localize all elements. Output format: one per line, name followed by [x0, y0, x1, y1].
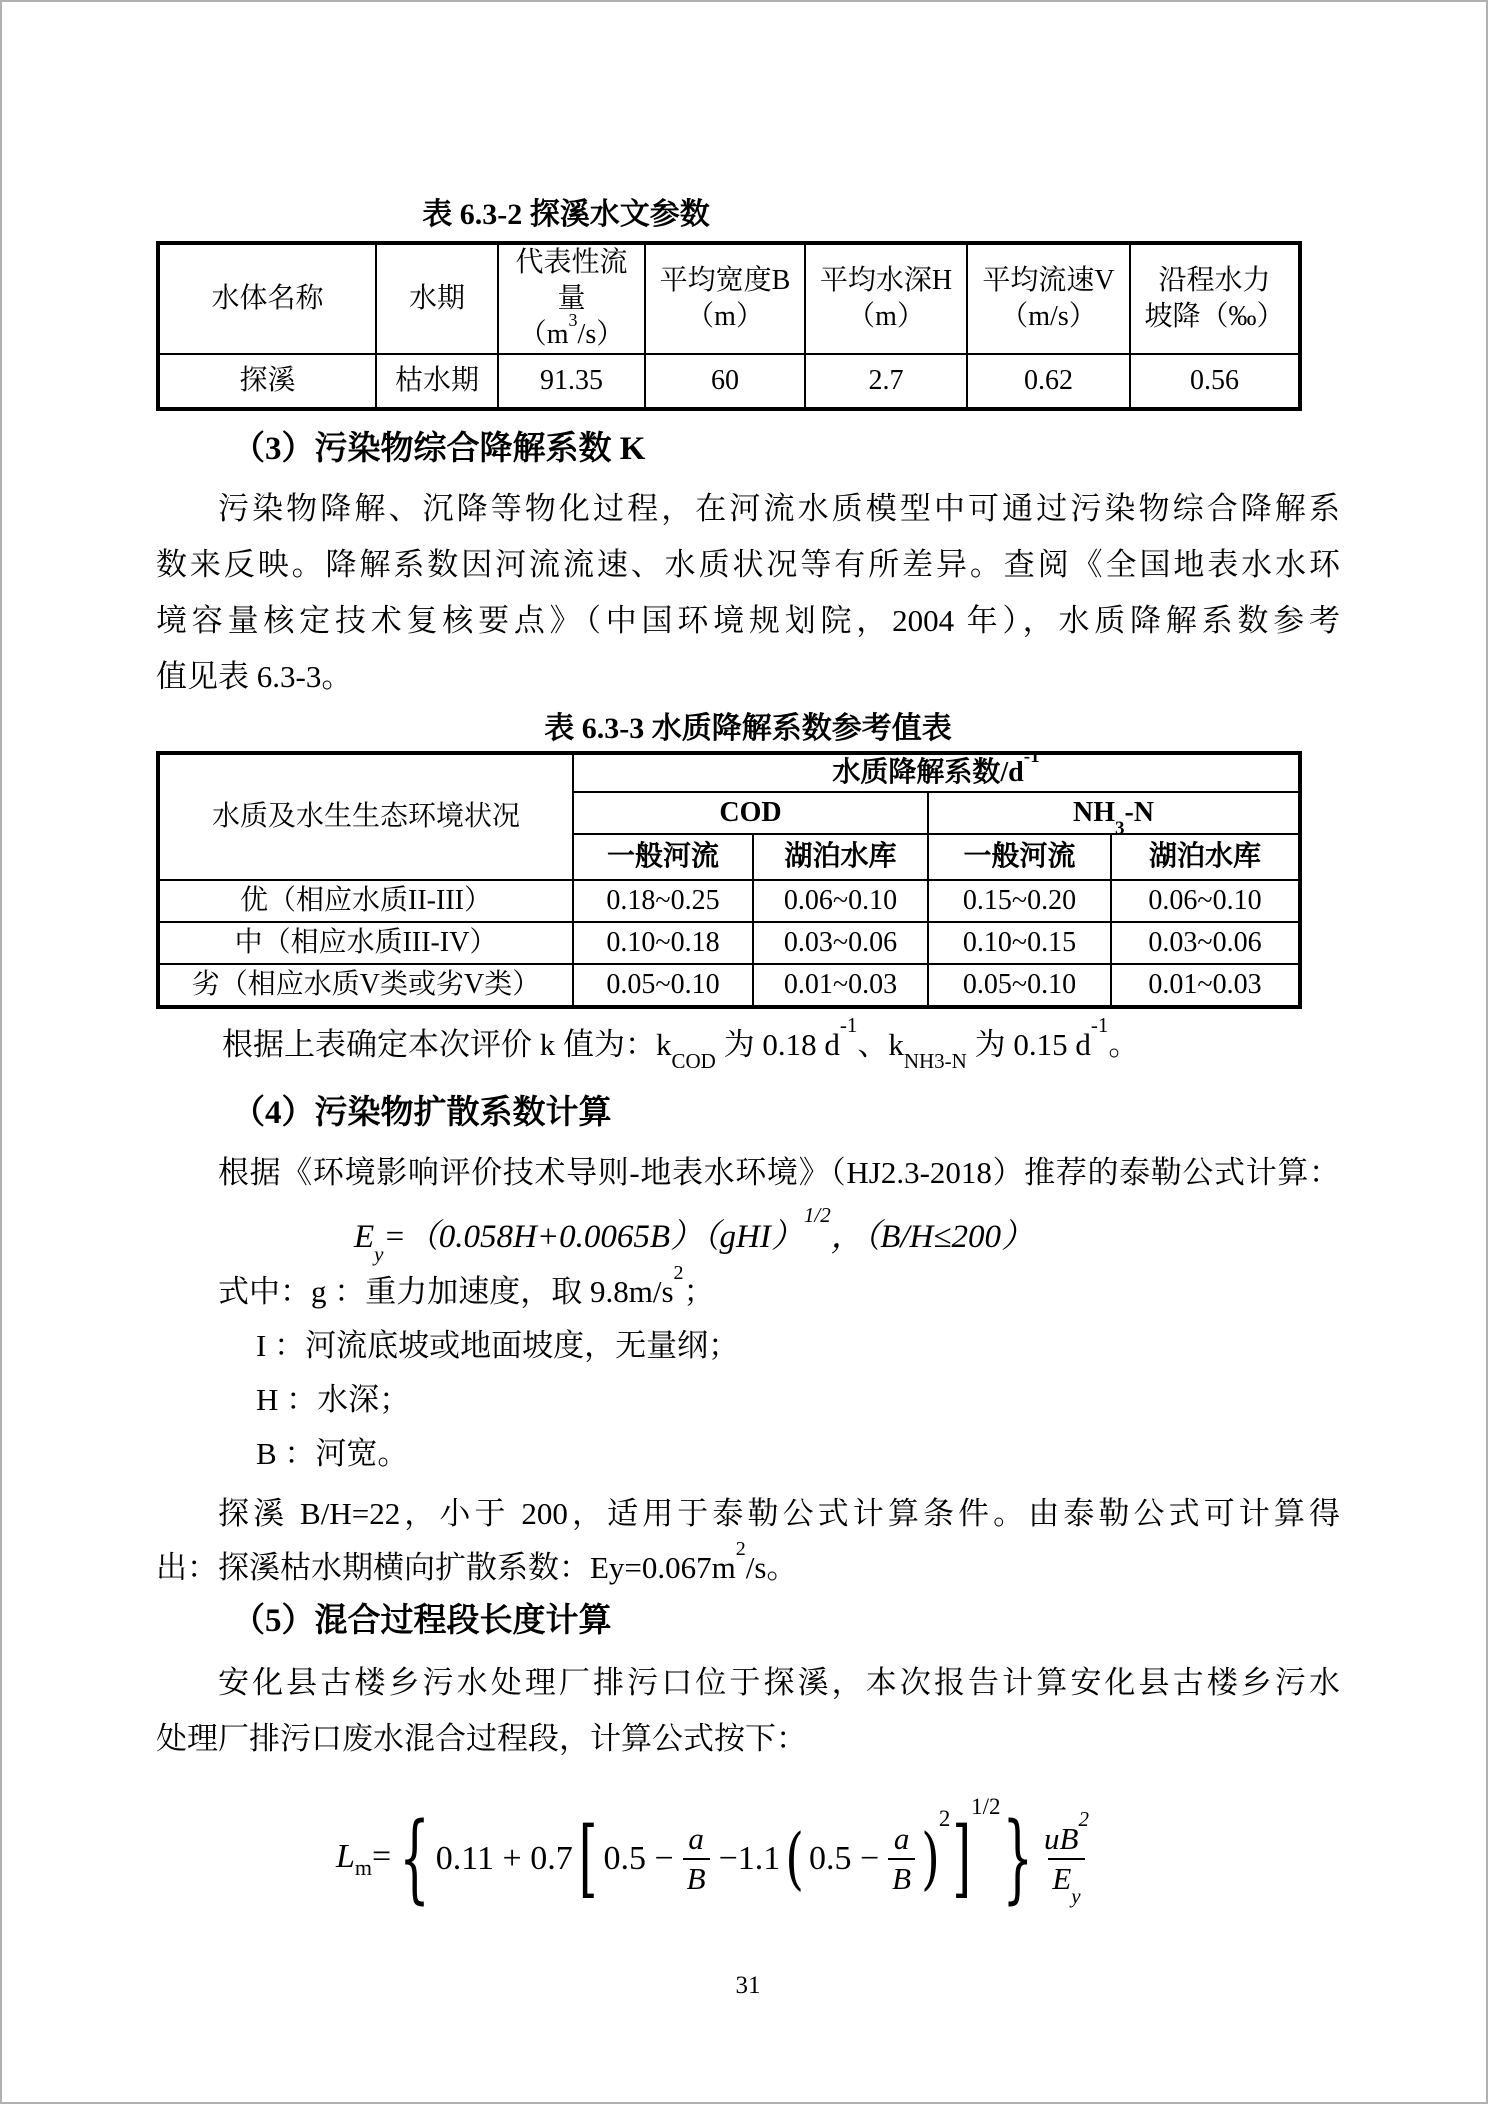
subscript: NH3-N — [904, 1049, 967, 1073]
degradation-coefficient-table: 水质及水生生态环境状况 水质降解系数/d-1 COD NH3-N 一般河流 湖泊… — [156, 751, 1302, 1009]
cell: 0.05~0.10 — [928, 964, 1111, 1007]
table-row: 劣（相应水质V类或劣V类） 0.05~0.10 0.01~0.03 0.05~0… — [158, 964, 1300, 1007]
header-velocity: 平均流速V （m/s） — [967, 243, 1130, 354]
document-page: 表 6.3-2 探溪水文参数 水体名称 水期 代表性流量 （m3/s） 平均宽度… — [0, 0, 1488, 2104]
term: −1.1 — [719, 1840, 781, 1878]
open-paren: ( — [785, 1825, 804, 1892]
cell: 0.10~0.15 — [928, 922, 1111, 964]
subscript: y — [1071, 1884, 1080, 1908]
header-flow: 代表性流量 （m3/s） — [498, 243, 645, 354]
term: 0.5 − — [809, 1840, 879, 1878]
fraction-uB2-over-Ey: uB2 Ey — [1040, 1820, 1093, 1898]
table-6-3-2-title: 表 6.3-2 探溪水文参数 — [156, 197, 976, 233]
header-flow-line2: （m3/s） — [503, 317, 640, 353]
cell-slope: 0.56 — [1130, 354, 1300, 409]
cell: 0.15~0.20 — [928, 880, 1111, 922]
paragraph-line: 出：探溪枯水期横向扩散系数：Ey=0.067m2/s。 — [156, 1541, 1340, 1595]
section-4-heading: （4）污染物扩散系数计算 — [156, 1091, 1340, 1135]
table-row: 中（相应水质III-IV） 0.10~0.18 0.03~0.06 0.10~0… — [158, 922, 1300, 964]
section-4-intro-line: 根据《环境影响评价技术导则-地表水环境》（HJ2.3-2018）推荐的泰勒公式计… — [156, 1145, 1340, 1201]
paragraph-line: 探溪 B/H=22，小于 200，适用于泰勒公式计算条件。由泰勒公式可计算得 — [156, 1487, 1340, 1541]
open-bracket: [ — [579, 1817, 598, 1901]
row-label: 中（相应水质III-IV） — [158, 922, 573, 964]
hydrology-parameters-table: 水体名称 水期 代表性流量 （m3/s） 平均宽度B （m） 平均水深H （m）… — [156, 241, 1302, 411]
row-label: 优（相应水质II-III） — [158, 880, 573, 922]
header-width: 平均宽度B （m） — [645, 243, 805, 354]
k-value-sentence: 根据上表确定本次评价 k 值为：kCOD 为 0.18 d-1、kNH3-N 为… — [156, 1021, 1340, 1069]
subscript: COD — [672, 1049, 716, 1073]
header-corner: 水质及水生生态环境状况 — [158, 753, 573, 880]
paragraph-line: 数来反映。降解系数因河流流速、水质状况等有所差异。查阅《全国地表水水环 — [156, 537, 1340, 593]
superscript: 2 — [674, 1262, 684, 1284]
cell-depth: 2.7 — [805, 354, 967, 409]
var-E: E — [354, 1219, 374, 1255]
subscript: m — [355, 1854, 372, 1879]
cell-flow: 91.35 — [498, 354, 645, 409]
superscript: 2 — [736, 1538, 746, 1560]
row-label: 劣（相应水质V类或劣V类） — [158, 964, 573, 1007]
table-row: 优（相应水质II-III） 0.18~0.25 0.06~0.10 0.15~0… — [158, 880, 1300, 922]
paragraph-line: 污染物降解、沉降等物化过程，在河流水质模型中可通过污染物综合降解系 — [156, 481, 1340, 537]
paragraph-line: 安化县古楼乡污水处理厂排污口位于探溪，本次报告计算安化县古楼乡污水 — [156, 1655, 1340, 1711]
cell-water-period: 枯水期 — [376, 354, 498, 409]
cell: 0.06~0.10 — [753, 880, 928, 922]
table-row: 探溪 枯水期 91.35 60 2.7 0.62 0.56 — [158, 354, 1300, 409]
cell: 0.01~0.03 — [1111, 964, 1300, 1007]
cell: 0.06~0.10 — [1111, 880, 1300, 922]
cell: 0.01~0.03 — [753, 964, 928, 1007]
term: 0.5 − — [603, 1840, 673, 1878]
header-water-body: 水体名称 — [158, 243, 376, 354]
cell: 0.18~0.25 — [573, 880, 753, 922]
close-brace: } — [1002, 1811, 1033, 1907]
header-nh3n: NH3-N — [928, 792, 1300, 834]
exponent-half: 1/2 — [971, 1795, 1000, 1819]
superscript: 2 — [1078, 1807, 1089, 1831]
table-header-row: 水体名称 水期 代表性流量 （m3/s） 平均宽度B （m） 平均水深H （m）… — [158, 243, 1300, 354]
mixing-length-formula: Lm= { 0.11 + 0.7 [ 0.5 − aB −1.1 ( 0.5 −… — [336, 1793, 1098, 1925]
formula-lhs: Lm= — [336, 1838, 391, 1881]
fraction-a-over-B: aB — [888, 1820, 915, 1898]
formula-variable-definitions: 式中：g ：重力加速度，取 9.8m/s2； I ：河流底坡或地面坡度，无量纲；… — [156, 1265, 1340, 1481]
header-lake-nh3: 湖泊水库 — [1111, 834, 1300, 880]
document-content: 表 6.3-2 探溪水文参数 水体名称 水期 代表性流量 （m3/s） 平均宽度… — [156, 2, 1340, 2001]
header-river-nh3: 一般河流 — [928, 834, 1111, 880]
cell: 0.05~0.10 — [573, 964, 753, 1007]
header-flow-line1: 代表性流量 — [503, 245, 640, 317]
header-water-period: 水期 — [376, 243, 498, 354]
taylor-formula: Ey=（0.058H+0.0065B）（gHI）1/2，（B/H≤200） — [156, 1211, 1340, 1263]
table-6-3-3-title: 表 6.3-3 水质降解系数参考值表 — [156, 711, 1340, 747]
header-coefficient-unit: 水质降解系数/d-1 — [573, 753, 1300, 792]
fraction-a-over-B: aB — [683, 1820, 710, 1898]
definition-line-B: B ：河宽。 — [156, 1427, 1340, 1481]
header-slope: 沿程水力 坡降（‰） — [1130, 243, 1300, 354]
cell: 0.03~0.06 — [753, 922, 928, 964]
paragraph-line: 境容量核定技术复核要点》（中国环境规划院，2004 年），水质降解系数参考 — [156, 593, 1340, 649]
definition-line-I: I ：河流底坡或地面坡度，无量纲； — [156, 1319, 1340, 1373]
diffusion-result-paragraph: 探溪 B/H=22，小于 200，适用于泰勒公式计算条件。由泰勒公式可计算得 出… — [156, 1487, 1340, 1595]
header-depth: 平均水深H （m） — [805, 243, 967, 354]
term: 0.11 + 0.7 — [436, 1840, 573, 1878]
header-lake-cod: 湖泊水库 — [753, 834, 928, 880]
paragraph-line: 值见表 6.3-3。 — [156, 649, 1340, 705]
close-paren: ) — [921, 1825, 940, 1892]
definition-line-H: H ：水深； — [156, 1373, 1340, 1427]
cell: 0.10~0.18 — [573, 922, 753, 964]
section-5-heading: （5）混合过程段长度计算 — [156, 1599, 1340, 1643]
section-3-heading: （3）污染物综合降解系数 K — [156, 427, 1340, 471]
exponent-2: 2 — [939, 1807, 951, 1831]
close-bracket: ] — [952, 1817, 971, 1901]
open-brace: { — [399, 1811, 430, 1907]
page-number: 31 — [156, 1971, 1340, 2001]
cell-velocity: 0.62 — [967, 354, 1130, 409]
definition-line-g: 式中：g ：重力加速度，取 9.8m/s2； — [156, 1265, 1340, 1319]
table-header-row: 水质及水生生态环境状况 水质降解系数/d-1 — [158, 753, 1300, 792]
header-river-cod: 一般河流 — [573, 834, 753, 880]
cell: 0.03~0.06 — [1111, 922, 1300, 964]
superscript: -1 — [1091, 1013, 1109, 1037]
section-3-paragraph: 污染物降解、沉降等物化过程，在河流水质模型中可通过污染物综合降解系 数来反映。降… — [156, 481, 1340, 705]
superscript: -1 — [840, 1013, 858, 1037]
superscript: 3 — [569, 310, 578, 330]
section-5-paragraph: 安化县古楼乡污水处理厂排污口位于探溪，本次报告计算安化县古楼乡污水 处理厂排污口… — [156, 1655, 1340, 1767]
subscript: 3 — [1115, 818, 1125, 834]
cell-width: 60 — [645, 354, 805, 409]
header-cod: COD — [573, 792, 928, 834]
superscript: -1 — [1024, 753, 1040, 767]
paragraph-line: 处理厂排污口废水混合过程段，计算公式按下： — [156, 1711, 1340, 1767]
cell-water-body: 探溪 — [158, 354, 376, 409]
subscript: y — [374, 1242, 383, 1266]
superscript: 1/2 — [804, 1203, 831, 1227]
